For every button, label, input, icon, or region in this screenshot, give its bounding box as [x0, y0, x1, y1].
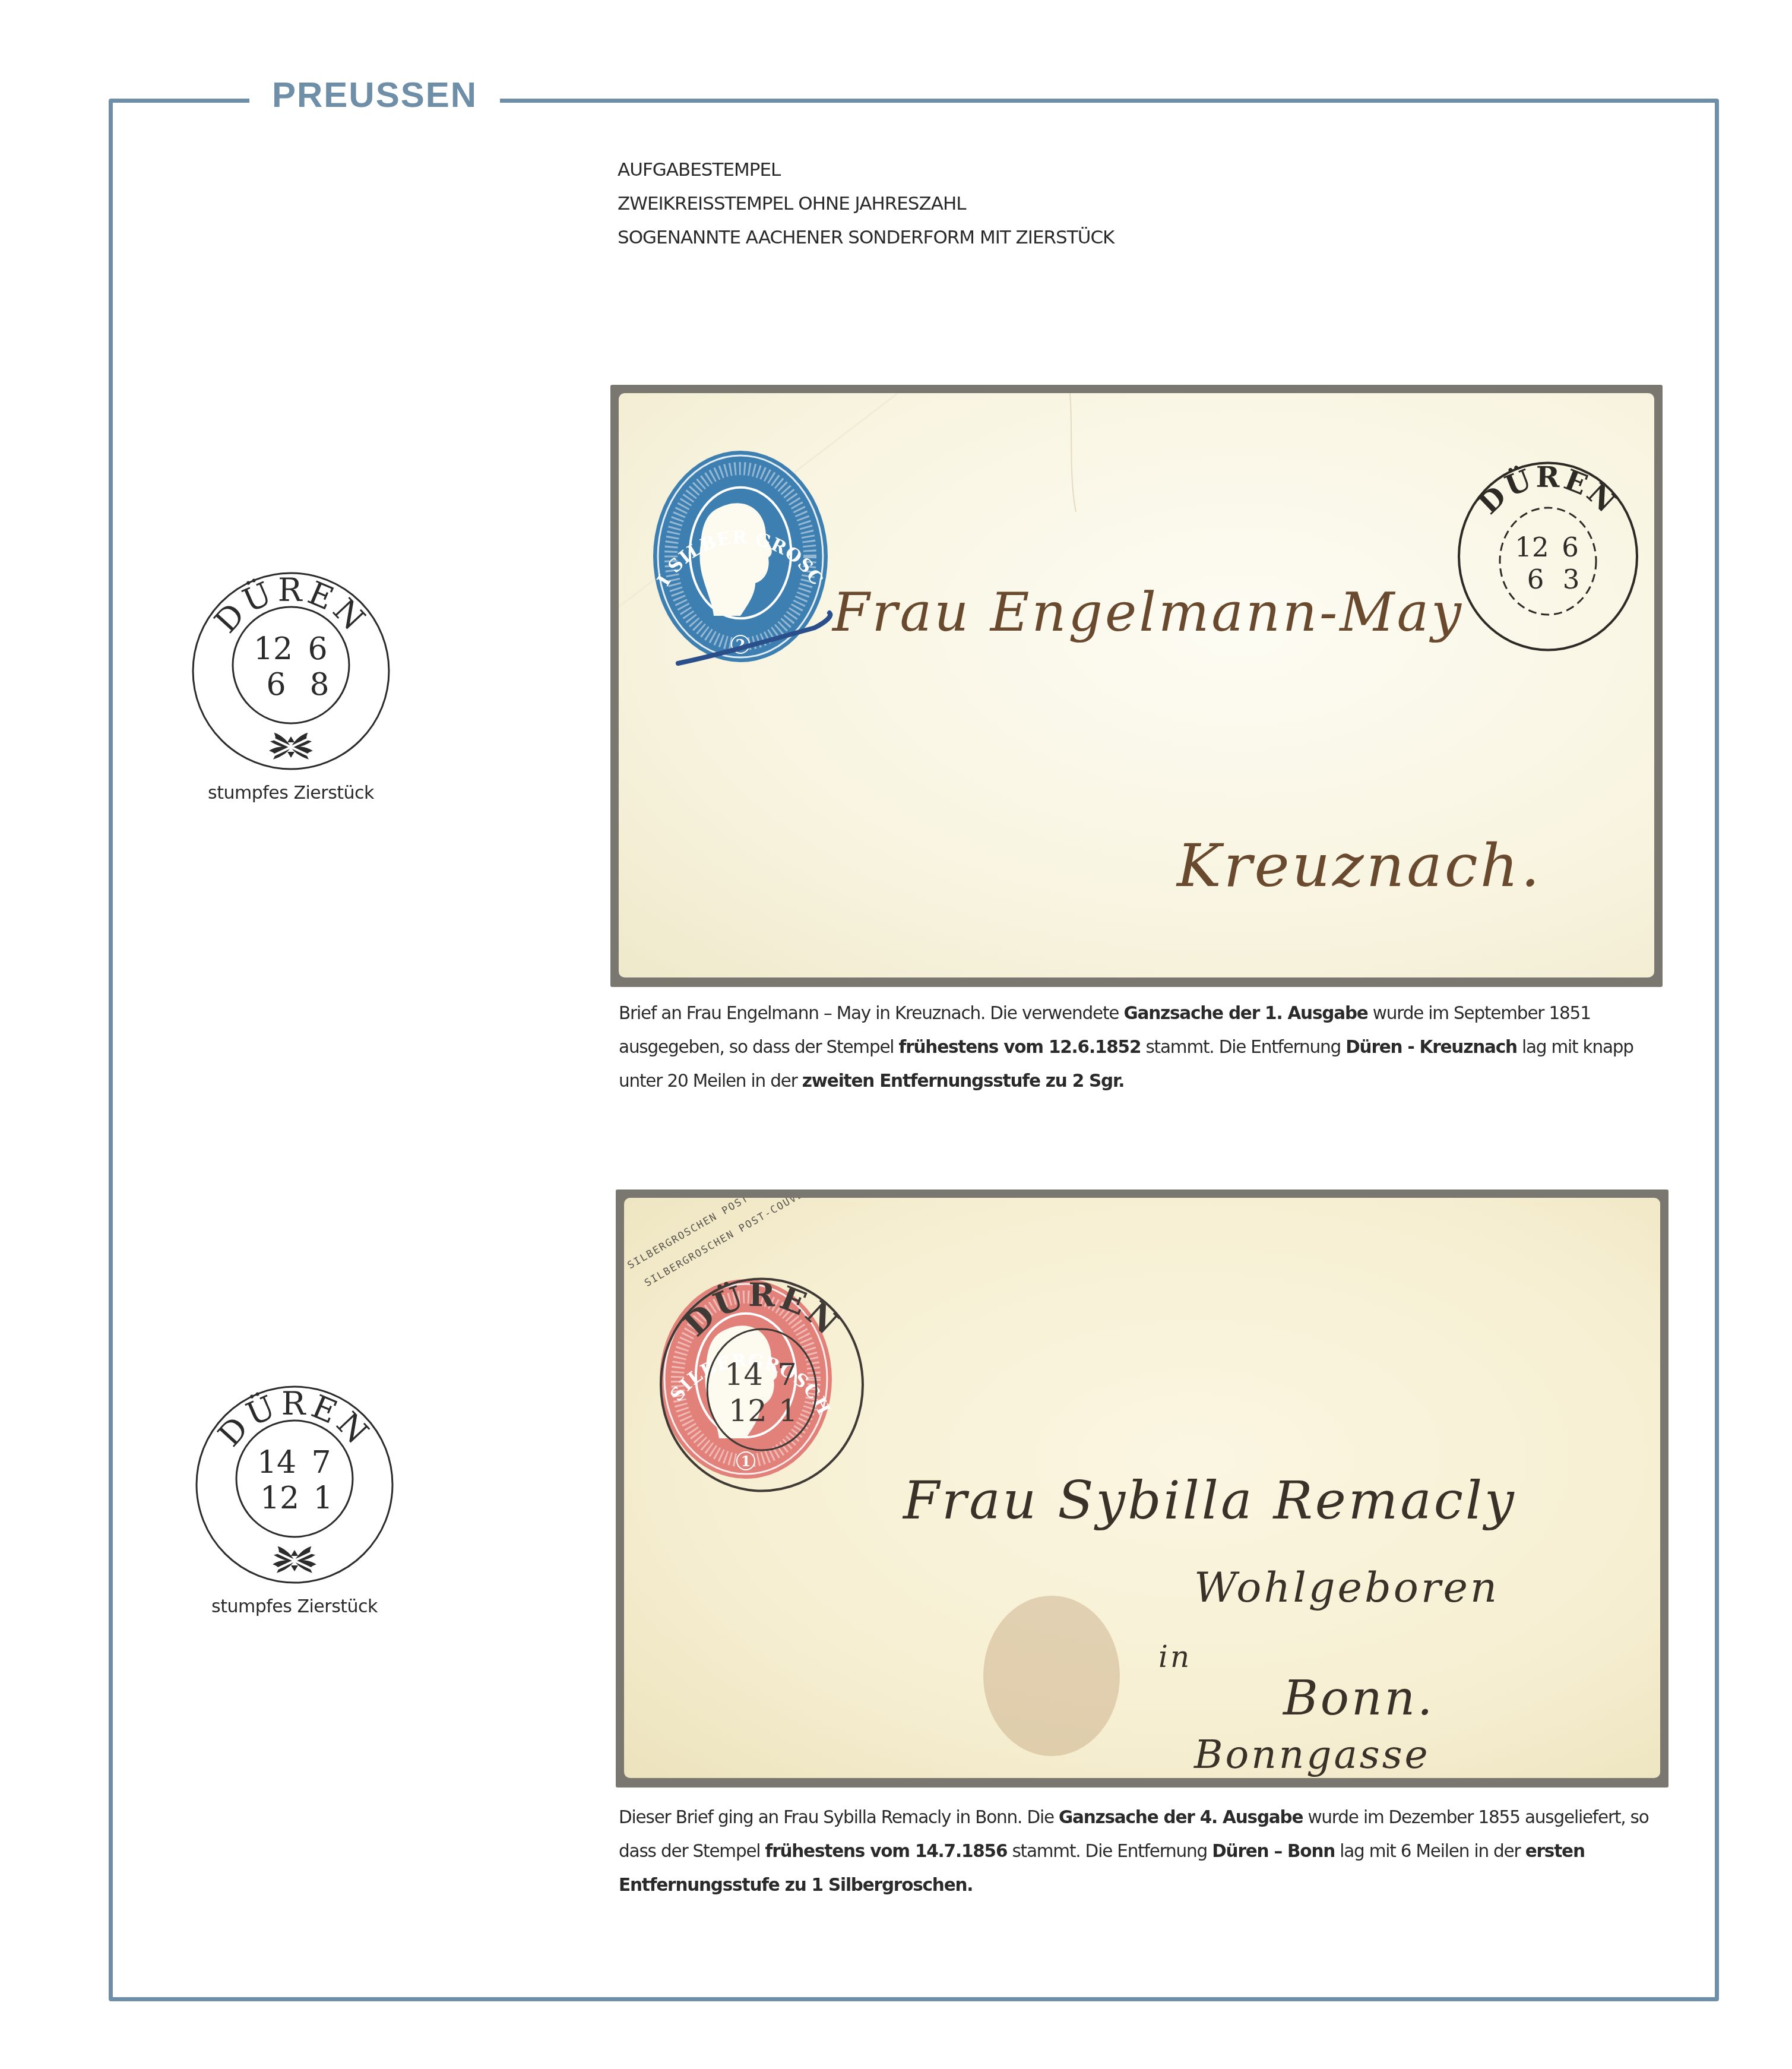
svg-text:1: 1	[741, 1453, 751, 1470]
page-title: PREUSSEN	[249, 71, 500, 119]
caption-emphasis: Düren – Bonn	[1212, 1841, 1335, 1861]
reference-label: stumpfes Zierstück	[188, 1596, 401, 1617]
svg-text:12: 12	[254, 631, 293, 667]
svg-text:3: 3	[1563, 564, 1580, 595]
stain	[983, 1596, 1120, 1756]
cover-2-artwork: SILBERGROSCHEN POSTSILBERGROSCHEN POST-C…	[624, 1198, 1660, 1778]
svg-text:6: 6	[1527, 564, 1544, 595]
caption-text: stammt. Die Entfernung	[1141, 1037, 1345, 1057]
postmark-cancel: DÜREN12663	[1459, 461, 1637, 650]
svg-text:DÜREN: DÜREN	[1472, 461, 1623, 521]
reference-postmark-1: DÜREN12668 stumpfes Zierstück	[184, 570, 398, 803]
caption-emphasis: frühestens vom 12.6.1852	[899, 1037, 1141, 1057]
heading-line-2: ZWEIKREISSTEMPEL OHNE JAHRESZAHL	[618, 187, 1114, 221]
caption-emphasis: Ganzsache der 4. Ausgabe	[1059, 1807, 1303, 1827]
ornament-icon	[269, 732, 313, 760]
heading-line-3: SOGENANNTE AACHENER SONDERFORM MIT ZIERS…	[618, 221, 1114, 255]
address-line-2: Wohlgeboren	[1194, 1563, 1499, 1612]
caption-emphasis: zweiten Entfernungsstufe zu 2 Sgr.	[802, 1071, 1124, 1091]
caption-emphasis: Düren - Kreuznach	[1345, 1037, 1516, 1057]
address-line-4: Bonn.	[1282, 1671, 1435, 1726]
postmark-town: DÜREN	[207, 571, 375, 640]
cover-1-mount: ZWEI SILBER GROSCHEN2DÜREN12663Frau Enge…	[610, 385, 1663, 987]
caption-emphasis: Ganzsache der 1. Ausgabe	[1123, 1003, 1367, 1023]
cover-2-mount: SILBERGROSCHEN POSTSILBERGROSCHEN POST-C…	[616, 1189, 1668, 1788]
cover-2-envelope: SILBERGROSCHEN POSTSILBERGROSCHEN POST-C…	[624, 1198, 1660, 1778]
svg-text:6: 6	[308, 631, 327, 667]
caption-text: stammt. Die Entfernung	[1007, 1841, 1212, 1861]
svg-text:7: 7	[777, 1358, 796, 1393]
svg-text:12: 12	[729, 1394, 767, 1429]
caption-text: Dieser Brief ging an Frau Sybilla Remacl…	[619, 1807, 1059, 1827]
address-line-1: Frau Engelmann-May	[831, 581, 1464, 644]
address-line-1: Frau Sybilla Remacly	[902, 1470, 1516, 1531]
heading-line-1: AUFGABESTEMPEL	[618, 153, 1114, 187]
ornament-icon	[273, 1546, 316, 1573]
cover-1-artwork: ZWEI SILBER GROSCHEN2DÜREN12663Frau Enge…	[619, 393, 1654, 977]
address-line-2: Kreuznach.	[1176, 831, 1542, 900]
svg-text:7: 7	[311, 1445, 331, 1480]
address-line-3: in	[1158, 1640, 1192, 1674]
postmark-town: DÜREN	[211, 1385, 378, 1454]
reference-postmark-2: DÜREN147121 stumpfes Zierstück	[188, 1384, 401, 1617]
postmark-drawing: DÜREN147121	[188, 1384, 401, 1586]
svg-text:8: 8	[309, 667, 329, 703]
reference-label: stumpfes Zierstück	[184, 783, 398, 803]
stamp-indicium: ZWEI SILBER GROSCHEN2	[619, 393, 828, 662]
svg-text:14: 14	[257, 1445, 296, 1480]
svg-text:14: 14	[724, 1358, 763, 1393]
svg-text:1: 1	[778, 1394, 797, 1429]
svg-text:12: 12	[260, 1480, 299, 1516]
caption-text: lag mit 6 Meilen in der	[1335, 1841, 1525, 1861]
postmark-drawing: DÜREN12668	[184, 570, 398, 772]
cover-1-caption: Brief an Frau Engelmann – May in Kreuzna…	[619, 996, 1664, 1098]
svg-text:6: 6	[266, 667, 286, 703]
svg-text:6: 6	[1562, 532, 1579, 563]
cover-1-envelope: ZWEI SILBER GROSCHEN2DÜREN12663Frau Enge…	[619, 393, 1654, 977]
section-heading: AUFGABESTEMPEL ZWEIKREISSTEMPEL OHNE JAH…	[618, 153, 1114, 255]
address-line-5: Bonngasse	[1193, 1732, 1430, 1777]
envelope-imprint: SILBERGROSCHEN POSTSILBERGROSCHEN POST-C…	[626, 1198, 819, 1292]
svg-text:12: 12	[1515, 532, 1549, 563]
svg-text:1: 1	[313, 1480, 333, 1516]
caption-emphasis: frühestens vom 14.7.1856	[765, 1841, 1008, 1861]
caption-text: Brief an Frau Engelmann – May in Kreuzna…	[619, 1003, 1123, 1023]
cover-2-caption: Dieser Brief ging an Frau Sybilla Remacl…	[619, 1801, 1664, 1902]
